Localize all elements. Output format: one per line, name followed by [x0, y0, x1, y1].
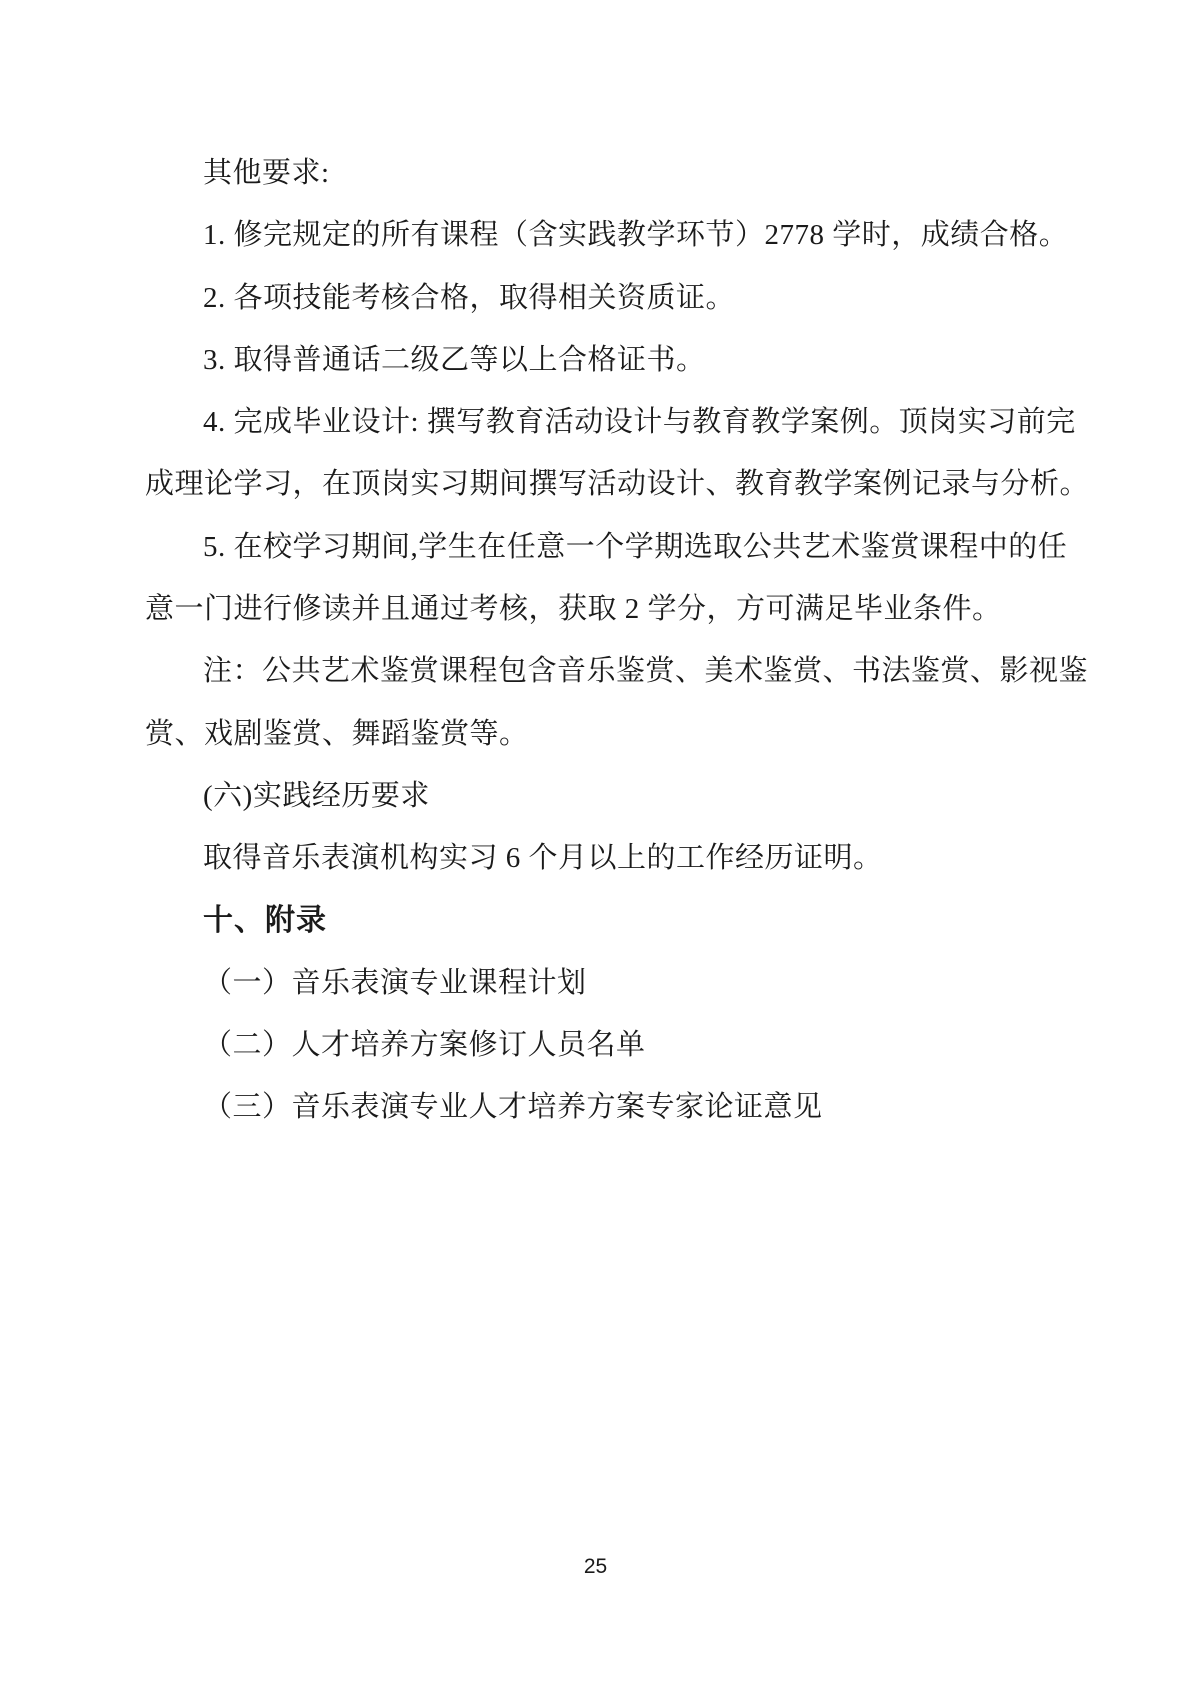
document-line: (六)实践经历要求	[145, 765, 1060, 827]
document-line: （二）人才培养方案修订人员名单	[145, 1014, 1060, 1076]
document-line: 其他要求:	[145, 142, 1060, 204]
section-heading: 十、附录	[145, 890, 1060, 952]
document-line: （三）音乐表演专业人才培养方案专家论证意见	[145, 1076, 1060, 1138]
document-line: 2. 各项技能考核合格，取得相关资质证。	[145, 267, 1060, 329]
document-line: 3. 取得普通话二级乙等以上合格证书。	[145, 329, 1060, 391]
document-line: 意一门进行修读并且通过考核，获取 2 学分，方可满足毕业条件。	[145, 578, 1060, 640]
document-body: 其他要求:1. 修完规定的所有课程（含实践教学环节）2778 学时，成绩合格。2…	[145, 142, 1060, 1139]
document-line: 4. 完成毕业设计: 撰写教育活动设计与教育教学案例。顶岗实习前完	[145, 391, 1060, 453]
document-line: 注：公共艺术鉴赏课程包含音乐鉴赏、美术鉴赏、书法鉴赏、影视鉴	[145, 640, 1060, 702]
document-line: 取得音乐表演机构实习 6 个月以上的工作经历证明。	[145, 827, 1060, 889]
document-line: （一）音乐表演专业课程计划	[145, 952, 1060, 1014]
page-number: 25	[0, 1552, 1191, 1582]
document-page: 其他要求:1. 修完规定的所有课程（含实践教学环节）2778 学时，成绩合格。2…	[0, 0, 1191, 1684]
document-line: 成理论学习，在顶岗实习期间撰写活动设计、教育教学案例记录与分析。	[145, 453, 1060, 515]
document-line: 5. 在校学习期间,学生在任意一个学期选取公共艺术鉴赏课程中的任	[145, 516, 1060, 578]
document-line: 赏、戏剧鉴赏、舞蹈鉴赏等。	[145, 703, 1060, 765]
document-line: 1. 修完规定的所有课程（含实践教学环节）2778 学时，成绩合格。	[145, 204, 1060, 266]
